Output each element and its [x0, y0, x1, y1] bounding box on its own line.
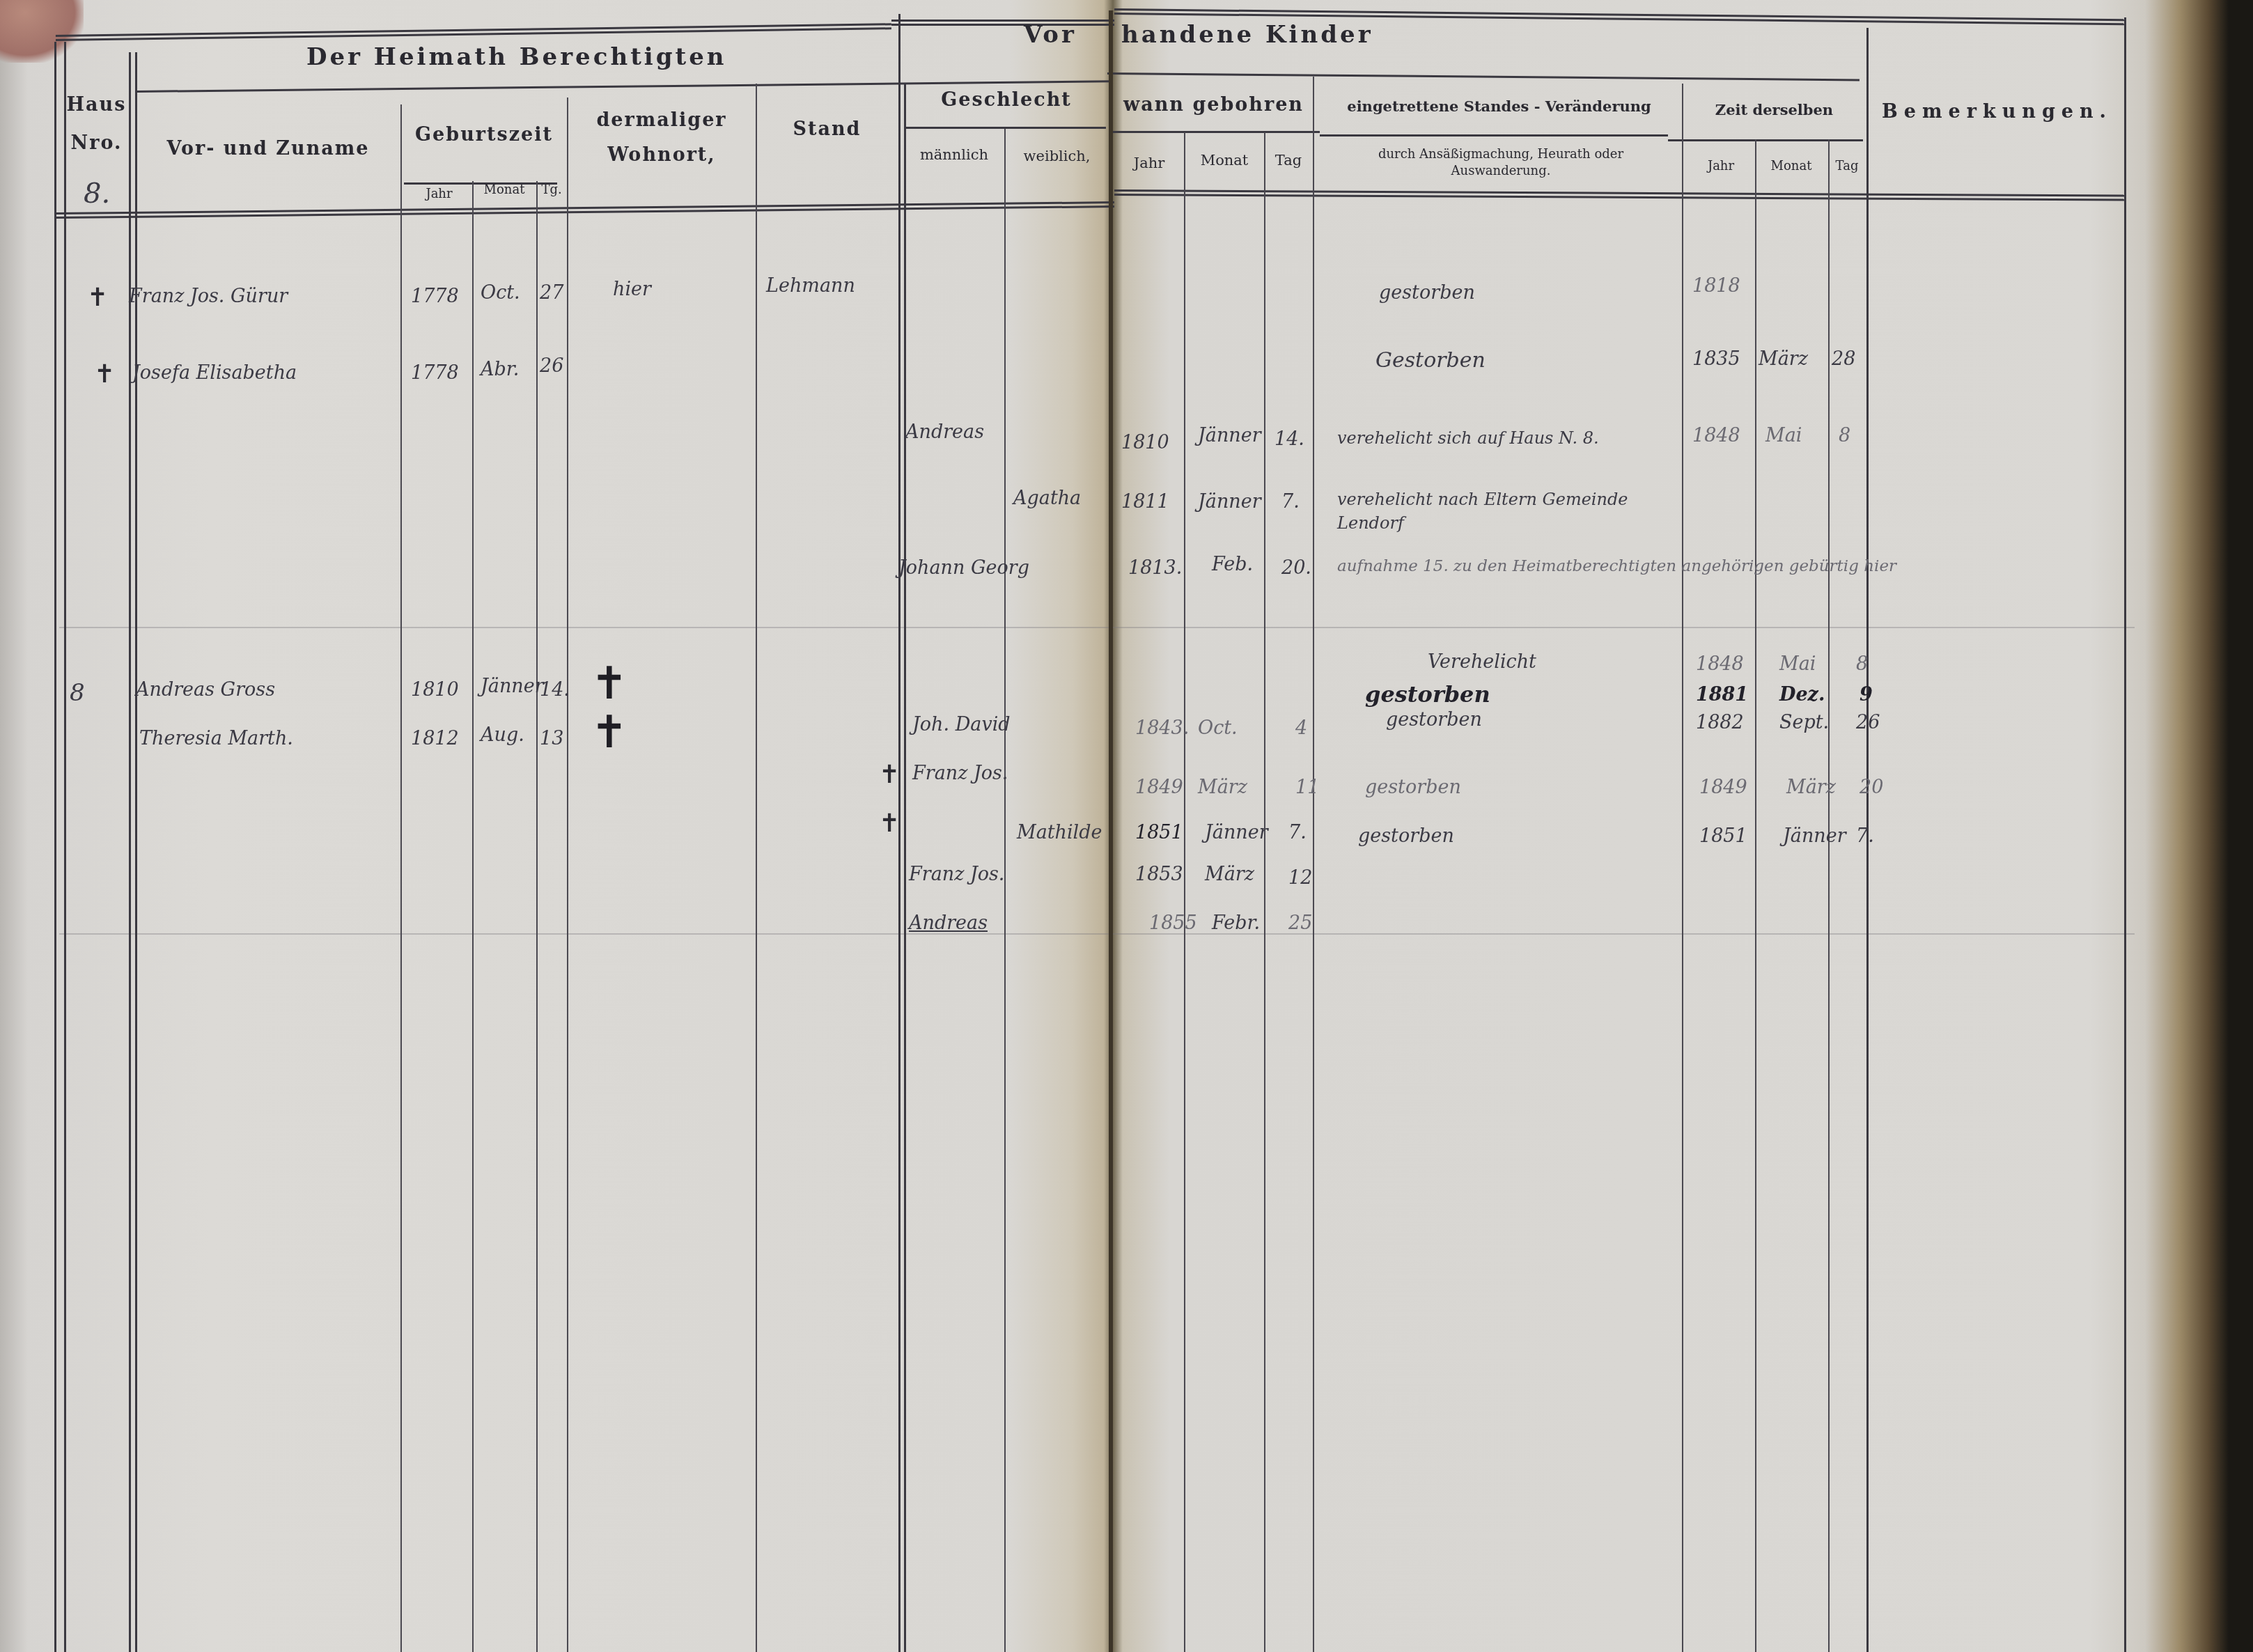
- deceased-cross-icon: ✝: [879, 763, 900, 788]
- parent-change: Gestorben: [1375, 348, 1486, 373]
- name-col-border: [400, 104, 402, 1652]
- zeit-underline: [1668, 139, 1863, 141]
- parent-change: gestorben: [1379, 282, 1475, 304]
- standes-underline: [1320, 134, 1668, 137]
- parent-name: Theresia Marth.: [139, 728, 293, 749]
- child-female-name: Agatha: [1013, 488, 1081, 509]
- child-birth-month: Febr.: [1212, 912, 1260, 934]
- parent-change-day: 8: [1856, 653, 1868, 675]
- child-birth-day: 4: [1295, 717, 1307, 739]
- parent-change-day: 9: [1860, 684, 1873, 706]
- extra-change-day: 26: [1856, 712, 1880, 733]
- parent-change-year: 1818: [1692, 275, 1740, 297]
- photographer-finger: [0, 0, 84, 63]
- child-change-month: März: [1786, 777, 1836, 798]
- child-change-year: 1848: [1692, 425, 1740, 446]
- section-title-left: Der Heimath Berechtigten: [306, 43, 727, 71]
- child-birth-month: Jänner: [1198, 425, 1261, 446]
- child-birth-day: 11: [1295, 777, 1319, 798]
- child-birth-month: Jänner: [1198, 491, 1261, 513]
- header-bottom-right: [1114, 189, 2124, 201]
- date-header: Zeit derselben: [1685, 101, 1863, 118]
- nro-header: Nro.: [64, 132, 129, 154]
- child-male-name: Joh. David: [912, 714, 1011, 735]
- parent-birth-month: Aug.: [481, 724, 524, 746]
- extra-change: gestorben: [1386, 709, 1482, 731]
- stand-col-border-inner: [904, 84, 906, 1652]
- parent-status: Lehmann: [766, 275, 855, 297]
- child-birth-day: 7.: [1288, 822, 1307, 843]
- parent-birth-year: 1812: [411, 728, 459, 749]
- born-month-header: Monat: [1185, 152, 1263, 169]
- female-header: weiblich,: [1006, 148, 1107, 164]
- outer-right-border: [2124, 17, 2126, 1652]
- zeit-year-border: [1755, 139, 1756, 1652]
- child-birth-month: März: [1198, 777, 1247, 798]
- child-male-name: Andreas: [909, 912, 988, 934]
- parent-birth-month: Oct.: [481, 282, 520, 304]
- month-col-border: [536, 181, 538, 1652]
- haus-header: Haus: [64, 94, 129, 116]
- zeit-month-border: [1828, 139, 1830, 1652]
- child-male-name: Franz Jos.: [909, 864, 1004, 885]
- parent-name: Franz Jos. Gürur: [129, 286, 288, 307]
- child-male-name: Andreas: [905, 421, 984, 443]
- child-change-year: 1849: [1699, 777, 1747, 798]
- parent-birth-year: 1778: [411, 362, 459, 384]
- sex-header: Geschlecht: [905, 89, 1107, 111]
- gebohren-underline: [1111, 131, 1320, 133]
- status-change-subheader: durch Ansäßigmachung, Heurath oder Auswa…: [1327, 146, 1675, 180]
- date-year-header: Jahr: [1689, 159, 1753, 173]
- born-col-border: [1313, 77, 1314, 1652]
- parent-birth-day: 13: [540, 728, 563, 749]
- gutter-line: [1109, 10, 1113, 1652]
- section-title-right: handene Kinder: [1121, 21, 1373, 49]
- child-birth-year: 1849: [1135, 777, 1183, 798]
- child-male-name: Franz Jos.: [912, 763, 1008, 784]
- top-border-left: [56, 23, 891, 41]
- parent-change-year: 1848: [1696, 653, 1744, 675]
- parent-name: Josefa Elisabetha: [132, 362, 297, 384]
- child-birth-day: 20.: [1281, 557, 1311, 579]
- sex-col-border: [1004, 129, 1006, 1652]
- child-change-day: 7.: [1856, 825, 1874, 847]
- ledger-spread: Der Heimath Berechtigten Vor handene Kin…: [0, 0, 2253, 1652]
- block-separator: [59, 627, 2135, 628]
- deceased-cross-icon: ✝: [94, 362, 115, 387]
- parent-birth-day: 26: [540, 355, 563, 377]
- standes-col-border: [1682, 84, 1683, 1652]
- child-change-day: 8: [1839, 425, 1850, 446]
- born-day-header: Tag: [1265, 152, 1311, 169]
- name-header: Vor- und Zuname: [139, 138, 397, 159]
- child-birth-month: Jänner: [1205, 822, 1268, 843]
- birth-month-header: Monat: [474, 182, 535, 197]
- child-birth-day: 12: [1288, 867, 1312, 889]
- deceased-cross-icon: ✝: [591, 662, 628, 706]
- child-birth-year: 1811: [1121, 491, 1169, 513]
- child-birth-month: März: [1205, 864, 1254, 885]
- residence-col-border: [756, 84, 757, 1652]
- child-change: gestorben: [1358, 825, 1454, 847]
- born-year-header: Jahr: [1114, 155, 1184, 171]
- parent-change: gestorben: [1365, 681, 1490, 708]
- child-birth-year: 1813.: [1128, 557, 1182, 579]
- year-col-border: [472, 181, 474, 1652]
- date-day-header: Tag: [1830, 159, 1864, 173]
- remarks-header: Bemerkungen.: [1873, 101, 2121, 123]
- child-birth-year: 1810: [1121, 432, 1169, 453]
- child-birth-day: 7.: [1281, 491, 1300, 513]
- header-bottom-left: [56, 201, 1114, 219]
- child-change: aufnahme 15. zu den Heimatberechtigten a…: [1337, 557, 1896, 575]
- parent-change-day: 28: [1832, 348, 1855, 370]
- parent-change-month: Dez.: [1779, 684, 1825, 706]
- deceased-cross-icon: ✝: [87, 286, 108, 311]
- parent-birth-day: 14.: [540, 679, 570, 701]
- born-year-border: [1184, 132, 1185, 1652]
- male-header: männlich: [905, 146, 1003, 163]
- section-title-underline-right: [1107, 72, 1860, 81]
- birth-year-header: Jahr: [410, 187, 469, 201]
- parent-name: Andreas Gross: [136, 679, 275, 701]
- extra-change-year: 1882: [1696, 712, 1744, 733]
- birth-day-header: Tg.: [538, 182, 566, 197]
- deceased-cross-icon: ✝: [591, 710, 628, 755]
- child-birth-day: 14.: [1274, 428, 1304, 450]
- residence-header: dermaliger Wohnort,: [571, 103, 752, 173]
- child-change: verehelicht nach Eltern Gemeinde Lendorf: [1337, 488, 1678, 535]
- parent-birth-year: 1810: [411, 679, 459, 701]
- row-line: [59, 933, 2135, 935]
- house-number: 8: [70, 679, 85, 707]
- section-title-vor: Vor: [1024, 21, 1077, 49]
- birth-col-border: [567, 98, 568, 1652]
- child-birth-year: 1855: [1149, 912, 1197, 934]
- child-birth-month: Oct.: [1198, 717, 1238, 739]
- child-birth-day: 25: [1288, 912, 1312, 934]
- top-border-left-end: [891, 20, 1114, 26]
- deceased-cross-icon: ✝: [879, 811, 900, 836]
- birth-header: Geburtszeit: [404, 124, 564, 146]
- parent-change-month: Mai: [1779, 653, 1816, 675]
- child-male-name: Johann Georg: [898, 557, 1029, 579]
- born-header: wann gebohren: [1114, 94, 1313, 116]
- born-month-border: [1264, 132, 1265, 1652]
- child-change: verehelicht sich auf Haus N. 8.: [1337, 428, 1599, 448]
- child-change-day: 20: [1860, 777, 1883, 798]
- extra-change-month: Sept.: [1779, 712, 1829, 733]
- outer-left-border-inner: [64, 42, 66, 1652]
- child-change-month: Mai: [1765, 425, 1802, 446]
- parent-birth-month: Jänner: [481, 676, 544, 697]
- child-birth-year: 1843.: [1135, 717, 1189, 739]
- status-header: Stand: [759, 118, 895, 140]
- date-month-header: Monat: [1756, 159, 1826, 173]
- parent-birth-year: 1778: [411, 286, 459, 307]
- child-female-name: Mathilde: [1017, 822, 1102, 843]
- parent-change-year: 1881: [1696, 684, 1748, 706]
- status-change-header: eingetrettene Standes - Veränderung: [1320, 98, 1678, 115]
- parent-change-month: März: [1759, 348, 1808, 370]
- parent-birth-day: 27: [540, 282, 563, 304]
- parent-change: Verehelicht: [1428, 651, 1536, 673]
- house-number-header: 8.: [84, 178, 110, 210]
- parent-residence: hier: [613, 279, 651, 300]
- child-change-year: 1851: [1699, 825, 1747, 847]
- parent-birth-month: Abr.: [481, 359, 519, 380]
- child-birth-month: Feb.: [1212, 554, 1253, 575]
- child-birth-year: 1853: [1135, 864, 1183, 885]
- child-change-month: Jänner: [1783, 825, 1846, 847]
- child-birth-year: 1851: [1135, 822, 1183, 843]
- child-change: gestorben: [1365, 777, 1461, 798]
- parent-change-year: 1835: [1692, 348, 1740, 370]
- outer-left-border: [54, 42, 56, 1652]
